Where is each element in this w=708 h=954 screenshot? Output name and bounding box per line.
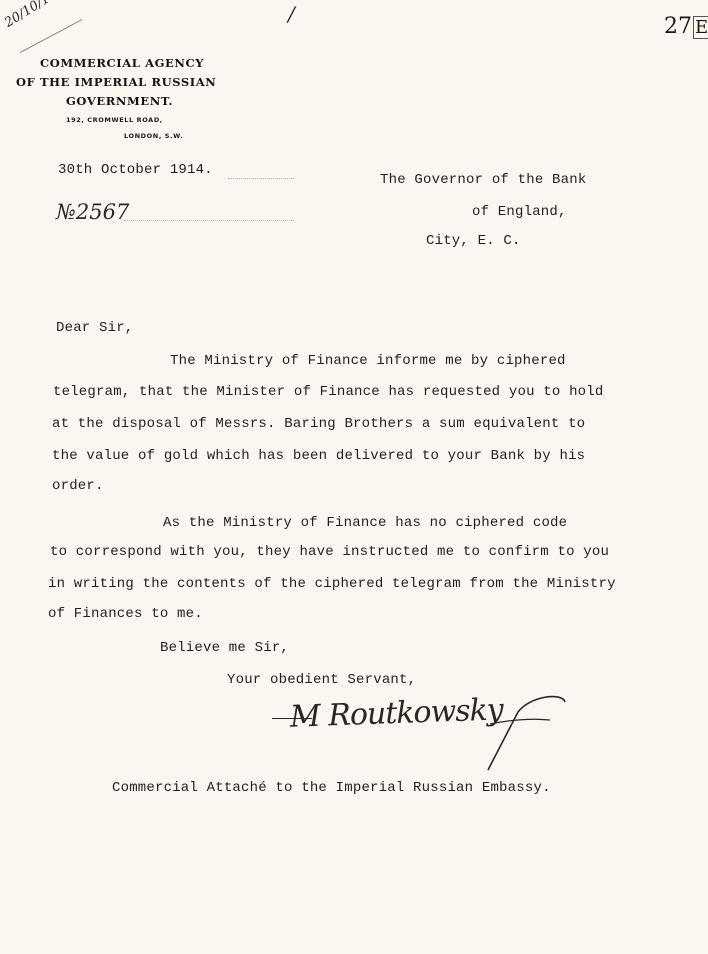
paragraph-1-line: order.: [52, 478, 104, 494]
reference-number: №2567: [56, 200, 129, 224]
paragraph-2-line: of Finances to me.: [48, 606, 203, 622]
paragraph-1-line: telegram, that the Minister of Finance h…: [53, 384, 604, 400]
closing-line-1: Believe me Sir,: [160, 640, 289, 656]
paragraph-1-line: the value of gold which has been deliver…: [52, 448, 585, 464]
handwritten-date-text: 20/10/14: [2, 0, 59, 31]
signature-flourish: [470, 690, 590, 780]
annotation-stroke: [20, 19, 82, 53]
paragraph-1-line: The Ministry of Finance informe me by ci…: [170, 353, 566, 369]
letterhead-line-1: COMMERCIAL AGENCY: [40, 56, 204, 70]
top-mark: /: [288, 2, 295, 26]
date-dotted-line: [228, 178, 294, 179]
letterhead-line-2: OF THE IMPERIAL RUSSIAN: [16, 75, 216, 89]
letter-date: 30th October 1914.: [58, 162, 213, 178]
page-suffix: E: [693, 16, 708, 39]
paragraph-2-line: in writing the contents of the ciphered …: [48, 576, 616, 592]
salutation: Dear Sir,: [56, 320, 133, 336]
letterhead-address-1: 192, Cromwell Road,: [66, 116, 163, 124]
closing-line-2: Your obedient Servant,: [227, 672, 416, 688]
paragraph-2-line: to correspond with you, they have instru…: [50, 544, 609, 560]
paragraph-1-line: at the disposal of Messrs. Baring Brothe…: [52, 416, 585, 432]
recipient-line-2: of England,: [472, 204, 567, 220]
signatory-title: Commercial Attaché to the Imperial Russi…: [112, 780, 551, 796]
paragraph-2-line: As the Ministry of Finance has no cipher…: [163, 515, 567, 531]
page-number: 27E: [664, 14, 708, 39]
reference-dotted-line: [124, 220, 294, 221]
handwritten-date-annotation: 20/10/14: [2, 0, 59, 31]
letterhead-address-2: London, S.W.: [124, 132, 183, 140]
recipient-line-1: The Governor of the Bank: [380, 172, 586, 188]
recipient-line-3: City, E. C.: [426, 233, 521, 249]
letterhead-line-3: GOVERNMENT.: [66, 94, 173, 108]
page-number-text: 27: [664, 14, 692, 39]
